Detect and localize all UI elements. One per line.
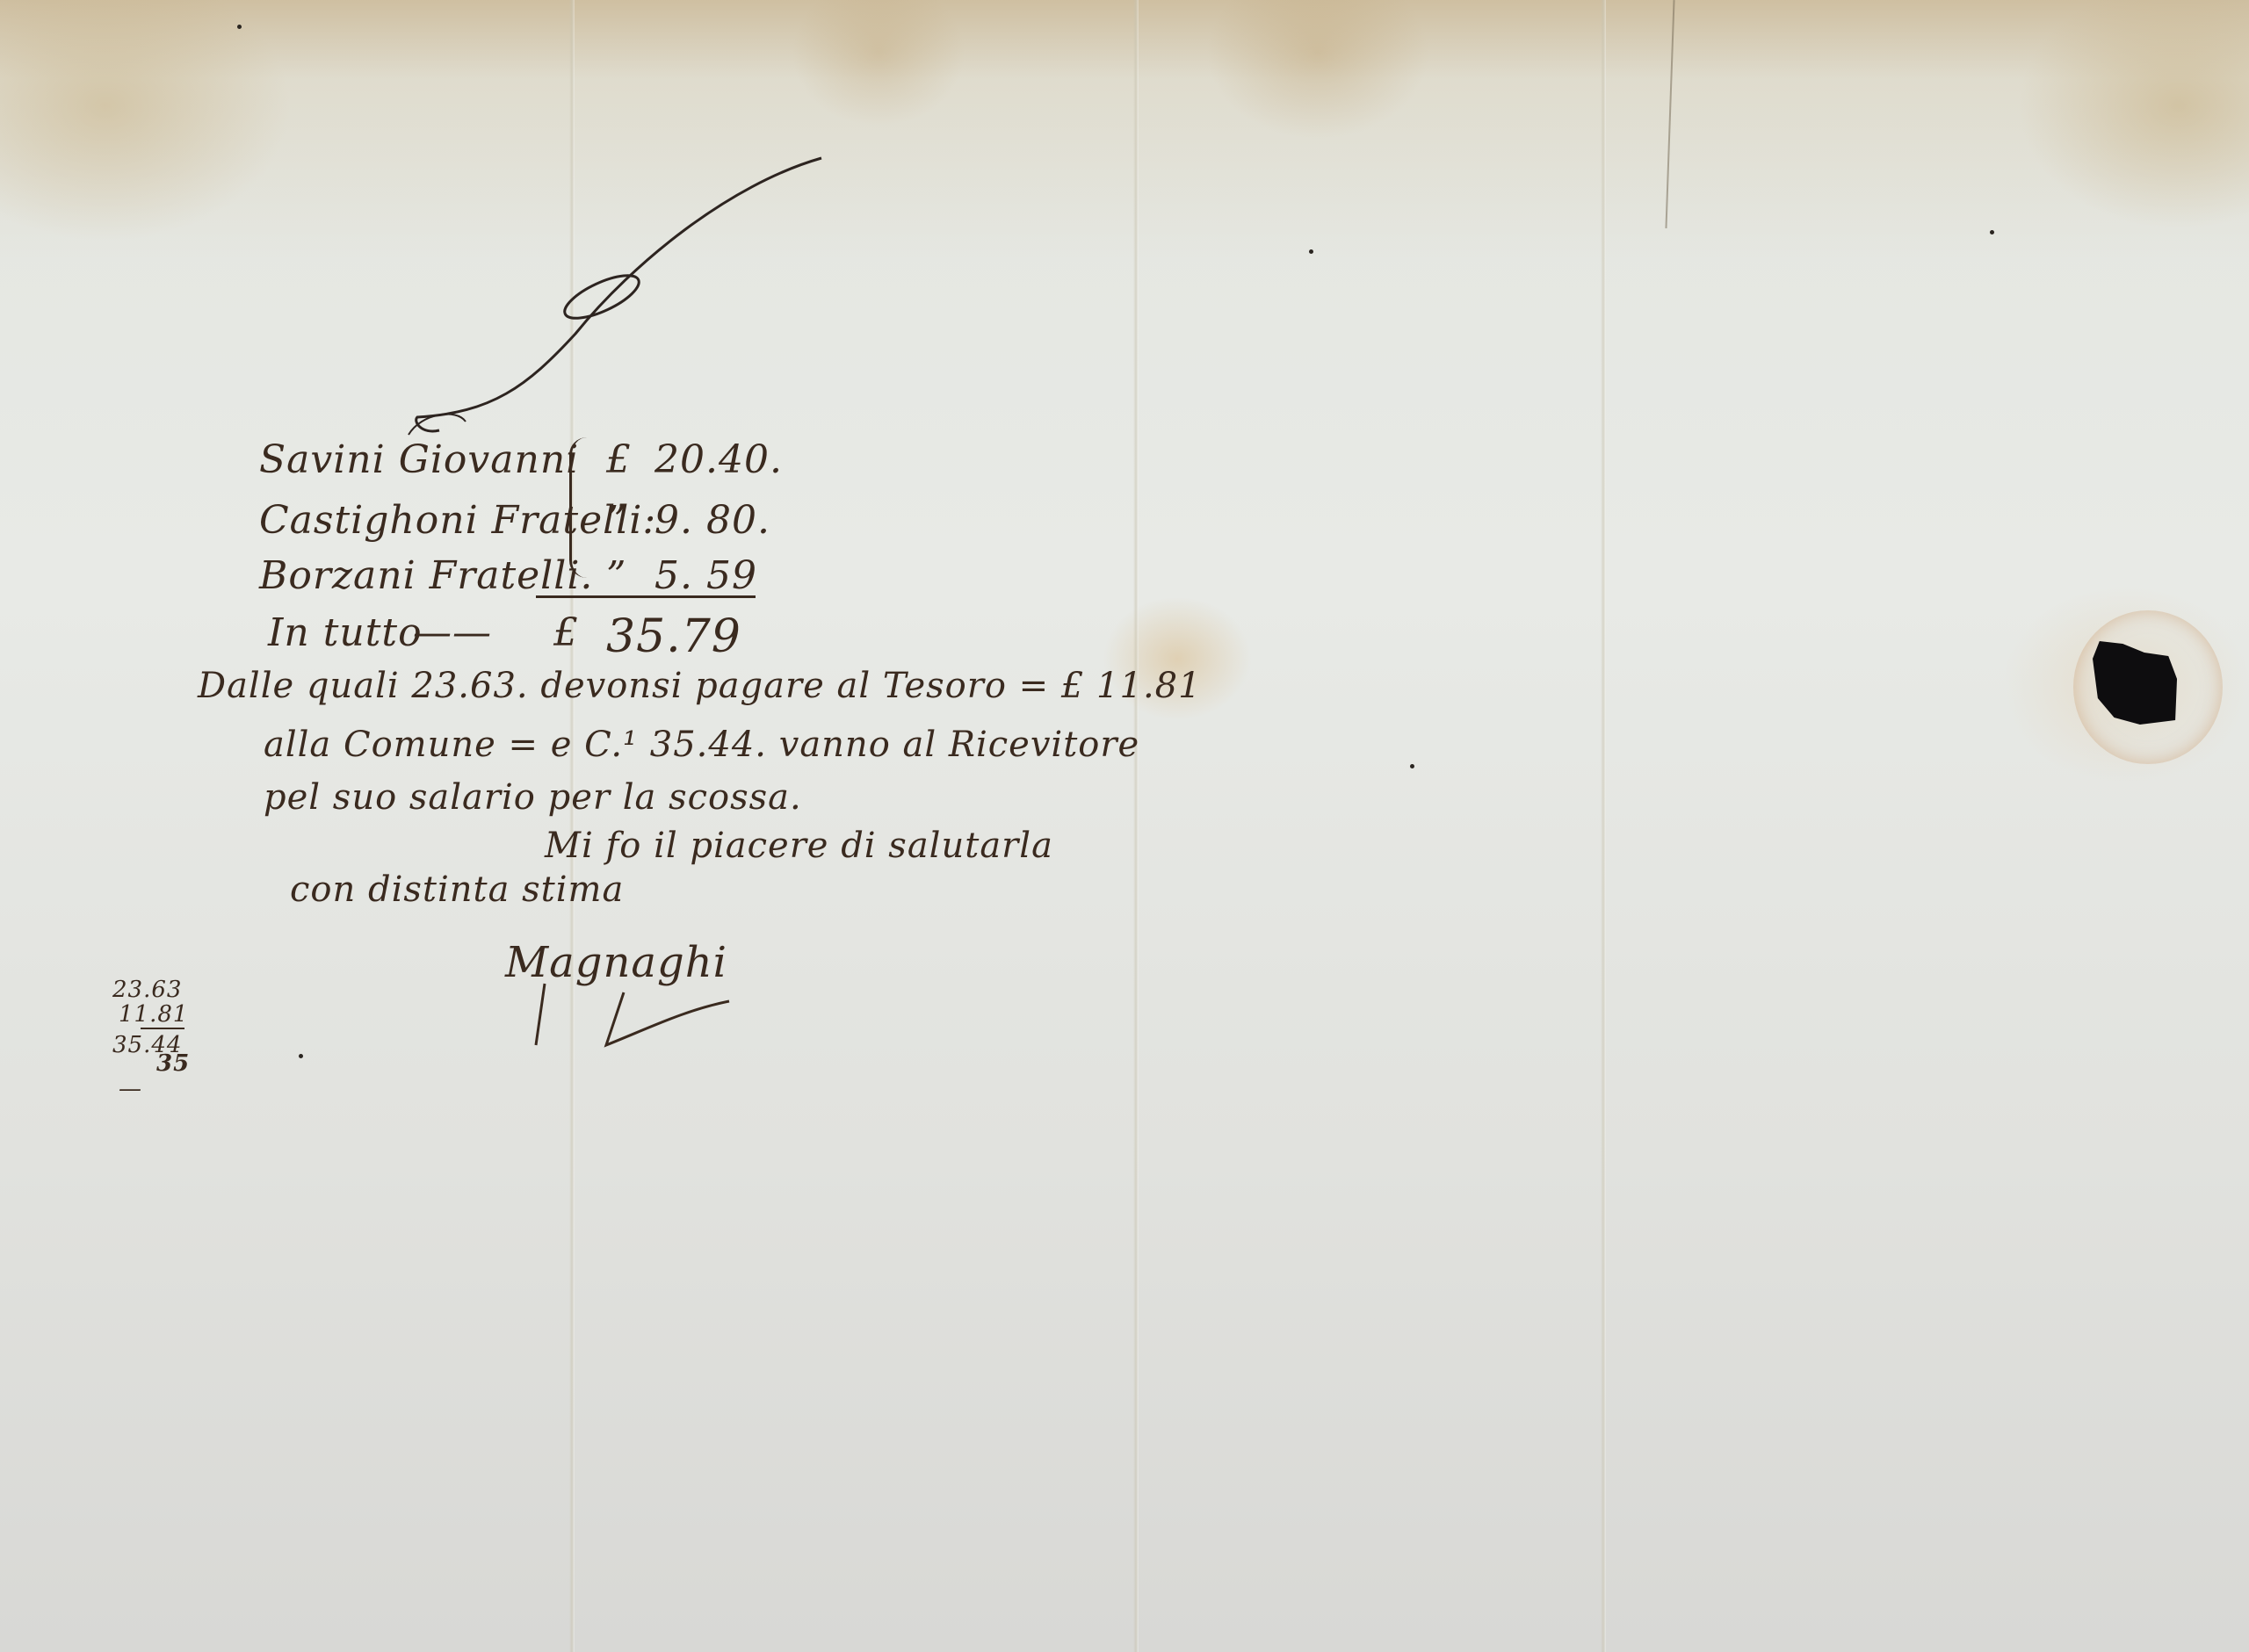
pen-flourish-icon [0, 0, 2249, 1652]
body-line-2: alla Comune = e C.¹ 35.44. vanno al Rice… [264, 725, 1139, 765]
ink-speck [1309, 249, 1313, 254]
ledger-total-dash: —— [413, 610, 492, 655]
signature-flourish-icon [527, 957, 791, 1054]
ledger-currency-1: £ [606, 437, 632, 482]
margin-calc-line-4: 35 [156, 1050, 190, 1077]
body-line-1: Dalle quali 23.63. devonsi pagare al Tes… [198, 666, 1202, 706]
margin-calc-line-2: 11.81 [119, 1001, 188, 1028]
margin-calc-line-1: 23.63 [112, 977, 182, 1003]
ink-speck [237, 25, 242, 29]
ledger-currency-3: ” [606, 553, 627, 598]
closing-line-2: con distinta stima [290, 869, 624, 910]
ledger-sum-rule [536, 595, 756, 598]
ledger-name-3: Borzani Fratelli. [259, 553, 593, 598]
ledger-amount-3: 5. 59 [654, 553, 757, 598]
ledger-total-currency: £ [553, 610, 579, 655]
ink-speck [1410, 764, 1414, 768]
ledger-name-2: Castighoni Fratelli: [259, 498, 656, 543]
ledger-brace [569, 437, 593, 578]
closing-line-1: Mi fo il piacere di salutarla [545, 826, 1053, 866]
body-line-3: pel suo salario per la scossa. [264, 777, 802, 818]
ledger-currency-2: ” [606, 498, 627, 543]
ledger-total-label: In tutto [268, 610, 423, 655]
ledger-amount-1: 20.40. [654, 437, 783, 482]
ink-speck [299, 1054, 303, 1058]
ink-speck [1990, 230, 1994, 234]
ledger-total-amount: 35.79 [606, 610, 741, 663]
ledger-name-1: Savini Giovanni [259, 437, 579, 482]
margin-calc-line-5: — [119, 1076, 142, 1102]
margin-calc-rule [141, 1028, 184, 1029]
ledger-amount-2: 9. 80. [654, 498, 770, 543]
